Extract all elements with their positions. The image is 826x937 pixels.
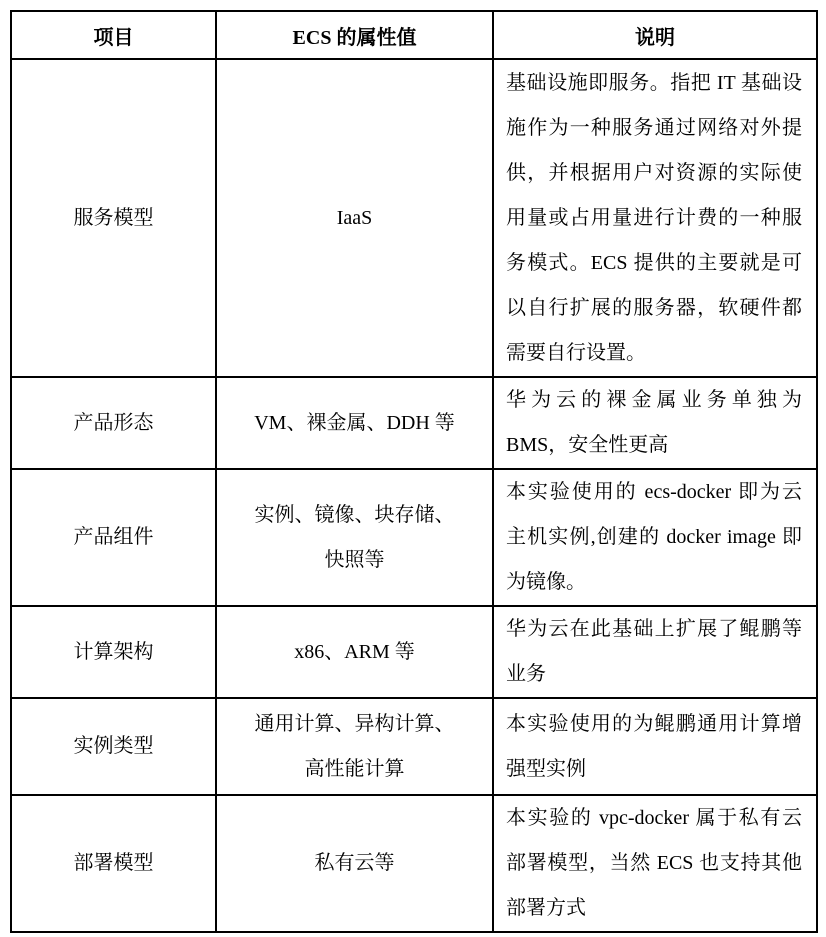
header-attribute-value: ECS 的属性值 <box>216 11 493 59</box>
row-description-cell: 本实验的 vpc-docker 属于私有云部署模型，当然 ECS 也支持其他部署… <box>493 795 817 932</box>
row-value-cell: VM、裸金属、DDH 等 <box>216 377 493 469</box>
row-item-cell: 部署模型 <box>11 795 216 932</box>
row-item-cell: 产品组件 <box>11 469 216 606</box>
row-description-cell: 本实验使用的为鲲鹏通用计算增强型实例 <box>493 698 817 795</box>
row-description-cell: 本实验使用的 ecs-docker 即为云主机实例,创建的 docker ima… <box>493 469 817 606</box>
header-description: 说明 <box>493 11 817 59</box>
header-row: 项目 ECS 的属性值 说明 <box>11 11 817 59</box>
table-row: 实例类型 通用计算、异构计算、高性能计算 本实验使用的为鲲鹏通用计算增强型实例 <box>11 698 817 795</box>
table-row: 服务模型 IaaS 基础设施即服务。指把 IT 基础设施作为一种服务通过网络对外… <box>11 59 817 377</box>
row-description-cell: 基础设施即服务。指把 IT 基础设施作为一种服务通过网络对外提供，并根据用户对资… <box>493 59 817 377</box>
row-value-cell: 实例、镜像、块存储、快照等 <box>216 469 493 606</box>
row-item-cell: 服务模型 <box>11 59 216 377</box>
table-row: 部署模型 私有云等 本实验的 vpc-docker 属于私有云部署模型，当然 E… <box>11 795 817 932</box>
row-value-cell: 通用计算、异构计算、高性能计算 <box>216 698 493 795</box>
table-row: 计算架构 x86、ARM 等 华为云在此基础上扩展了鲲鹏等业务 <box>11 606 817 698</box>
row-item-cell: 实例类型 <box>11 698 216 795</box>
ecs-attributes-table: 项目 ECS 的属性值 说明 服务模型 IaaS 基础设施即服务。指把 IT 基… <box>10 10 818 933</box>
row-value-cell: 私有云等 <box>216 795 493 932</box>
row-value-cell: x86、ARM 等 <box>216 606 493 698</box>
table-row: 产品形态 VM、裸金属、DDH 等 华为云的裸金属业务单独为 BMS，安全性更高 <box>11 377 817 469</box>
row-description-cell: 华为云的裸金属业务单独为 BMS，安全性更高 <box>493 377 817 469</box>
row-item-cell: 产品形态 <box>11 377 216 469</box>
row-description-cell: 华为云在此基础上扩展了鲲鹏等业务 <box>493 606 817 698</box>
row-item-cell: 计算架构 <box>11 606 216 698</box>
table-row: 产品组件 实例、镜像、块存储、快照等 本实验使用的 ecs-docker 即为云… <box>11 469 817 606</box>
row-value-cell: IaaS <box>216 59 493 377</box>
header-item: 项目 <box>11 11 216 59</box>
